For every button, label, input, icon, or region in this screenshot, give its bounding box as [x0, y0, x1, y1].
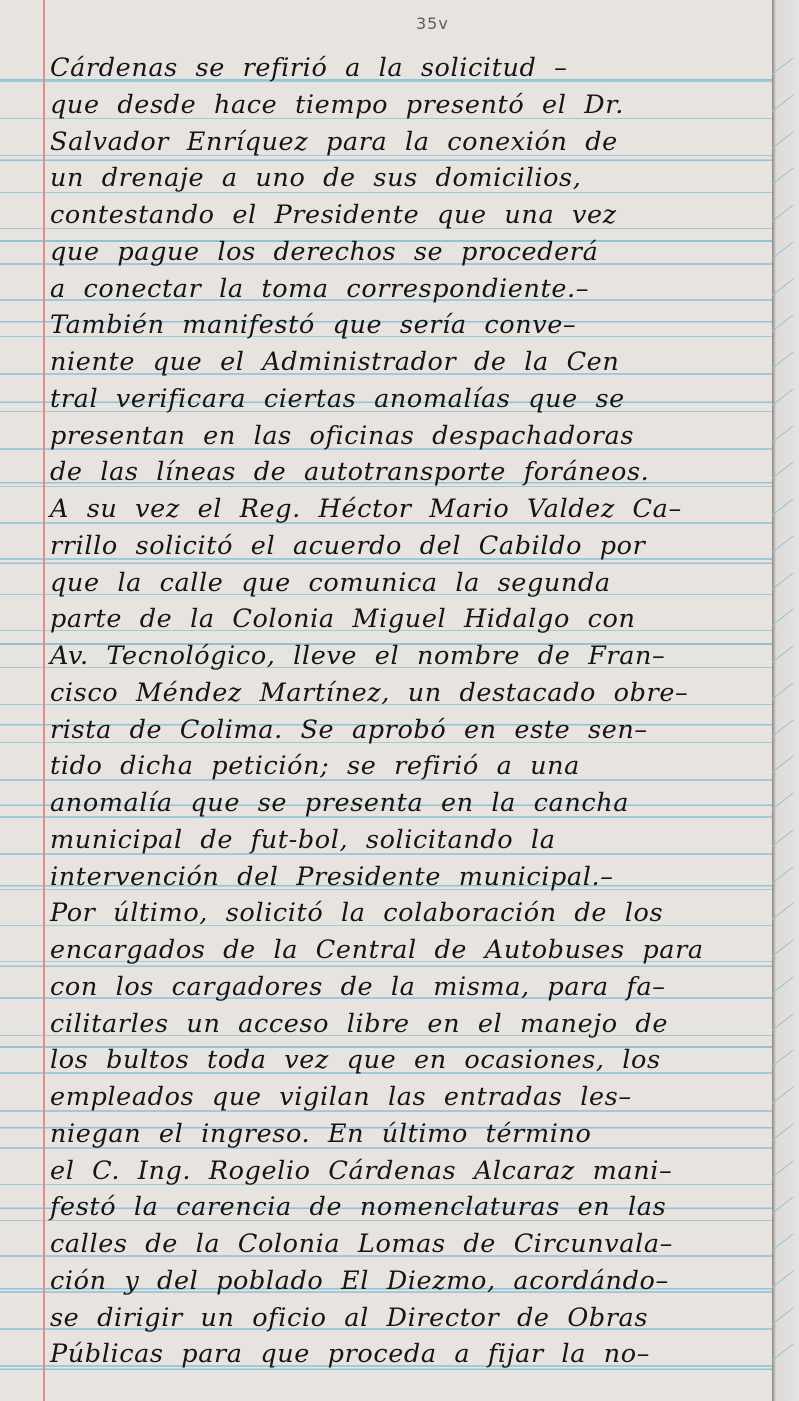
text-line: parte de la Colonia Miguel Hidalgo con — [50, 604, 770, 634]
text-line: niente que el Administrador de la Cen — [50, 347, 770, 377]
text-line: festó la carencia de nomenclaturas en la… — [50, 1192, 770, 1222]
text-line: los bultos toda vez que en ocasiones, lo… — [50, 1045, 770, 1075]
text-line: con los cargadores de la misma, para fa– — [50, 972, 770, 1002]
text-line: a conectar la toma correspondiente.– — [50, 274, 770, 304]
text-line: A su vez el Reg. Héctor Mario Valdez Ca– — [50, 494, 770, 524]
text-line: que pague los derechos se procederá — [50, 237, 770, 267]
text-line: cilitarles un acceso libre en el manejo … — [50, 1009, 770, 1039]
text-line: Por último, solicitó la colaboración de … — [50, 898, 770, 928]
text-line: que la calle que comunica la segunda — [50, 568, 770, 598]
text-line: presentan en las oficinas despachadoras — [50, 421, 770, 451]
text-line: de las líneas de autotransporte foráneos… — [50, 457, 770, 487]
text-line: anomalía que se presenta en la cancha — [50, 788, 770, 818]
text-line: tido dicha petición; se refirió a una — [50, 751, 770, 781]
notebook-page: 35v Cárdenas se refirió a la solicitud –… — [0, 0, 772, 1401]
text-line: Cárdenas se refirió a la solicitud – — [50, 53, 770, 83]
text-line: contestando el Presidente que una vez — [50, 200, 770, 230]
text-line: rrillo solicitó el acuerdo del Cabildo p… — [50, 531, 770, 561]
text-line: un drenaje a uno de sus domicilios, — [50, 163, 770, 193]
text-line: se dirigir un oficio al Director de Obra… — [50, 1303, 770, 1333]
text-line: tral verificara ciertas anomalías que se — [50, 384, 770, 414]
text-line: intervención del Presidente municipal.– — [50, 862, 770, 892]
text-line: empleados que vigilan las entradas les– — [50, 1082, 770, 1112]
text-line: ción y del poblado El Diezmo, acordándo– — [50, 1266, 770, 1296]
text-line: el C. Ing. Rogelio Cárdenas Alcaraz mani… — [50, 1156, 770, 1186]
text-line: Públicas para que proceda a fijar la no– — [50, 1339, 770, 1369]
folio-number: 35v — [416, 14, 449, 33]
text-line: que desde hace tiempo presentó el Dr. — [50, 90, 770, 120]
text-line: calles de la Colonia Lomas de Circunvala… — [50, 1229, 770, 1259]
text-line: También manifestó que sería conve– — [50, 310, 770, 340]
text-line: niegan el ingreso. En último término — [50, 1119, 770, 1149]
text-line: municipal de fut-bol, solicitando la — [50, 825, 770, 855]
text-line: encargados de la Central de Autobuses pa… — [50, 935, 770, 965]
text-line: Av. Tecnológico, lleve el nombre de Fran… — [50, 641, 770, 671]
red-margin-line — [43, 0, 45, 1401]
text-line: cisco Méndez Martínez, un destacado obre… — [50, 678, 770, 708]
text-line: Salvador Enríquez para la conexión de — [50, 127, 770, 157]
text-line: rista de Colima. Se aprobó en este sen– — [50, 715, 770, 745]
